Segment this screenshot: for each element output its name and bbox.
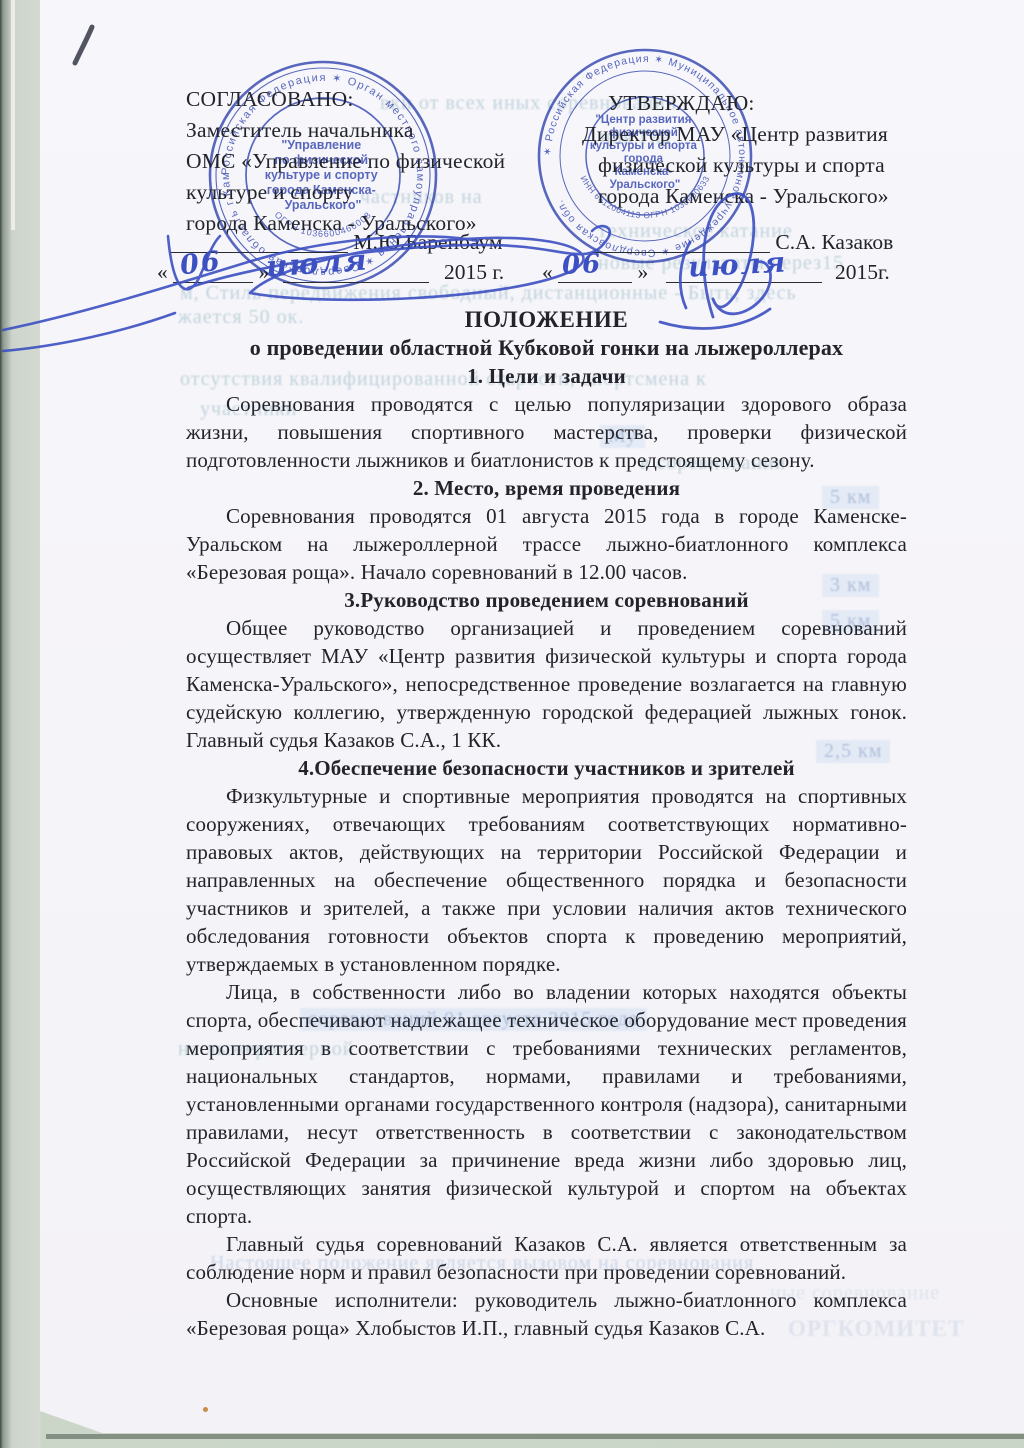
handwritten-day-left: 06 — [178, 246, 223, 282]
paragraph: Лица, в собственности либо во владении к… — [186, 978, 907, 1230]
handwritten-day-right: 06 — [561, 249, 603, 281]
section-heading-4: 4.Обеспечение безопасности участников и … — [186, 754, 907, 782]
paragraph: Основные исполнители: руководитель лыжно… — [186, 1286, 907, 1342]
section-heading-1: 1. Цели и задачи — [186, 362, 907, 390]
right-year: 2015г. — [835, 260, 890, 284]
paragraph: Общее руководство организацией и проведе… — [186, 614, 907, 754]
approval-right-line: Директор МАУ «Центр развития — [582, 119, 889, 150]
approval-left-line: культуре и спорту — [186, 177, 505, 208]
approval-right-line: города Каменска - Уральского» — [598, 181, 889, 212]
left-year: 2015 г. — [444, 260, 504, 284]
paragraph: Соревнования проводятся 01 августа 2015 … — [186, 502, 907, 586]
approval-right-title: УТВЕРЖДАЮ: — [608, 88, 889, 119]
handwritten-month-right: июля — [687, 245, 788, 283]
left-signer-name: М.Ю.Баренбаум — [353, 230, 502, 254]
approval-block-right: УТВЕРЖДАЮ: Директор МАУ «Центр развития … — [560, 88, 889, 212]
quote-open: « — [157, 260, 168, 284]
approval-left-line: Заместитель начальника — [186, 115, 505, 146]
quote-open: « — [542, 260, 553, 284]
approval-left-line: ОМС «Управление по физической — [186, 146, 505, 177]
scan-edge-shadow — [46, 1434, 1024, 1439]
paragraph: Соревнования проводятся с целью популяри… — [186, 390, 907, 474]
ink-speck — [203, 1407, 208, 1412]
right-signer-name: С.А. Казаков — [775, 230, 893, 254]
document-title: ПОЛОЖЕНИЕ — [186, 306, 907, 334]
approval-right-line: физической культуры и спорта — [598, 150, 889, 181]
section-heading-3: 3.Руководство проведением соревнований — [186, 586, 907, 614]
scanned-document-page: { "approval": { "left": { "title": "СОГЛ… — [0, 0, 1024, 1448]
underlying-page-edge — [11, 0, 15, 230]
paragraph: Физкультурные и спортивные мероприятия п… — [186, 782, 907, 978]
handwritten-month-left: июля — [265, 242, 370, 283]
approval-block-left: СОГЛАСОВАНО: Заместитель начальника ОМС … — [186, 84, 505, 239]
paragraph: Главный судья соревнований Казаков С.А. … — [186, 1230, 907, 1286]
section-heading-2: 2. Место, время проведения — [186, 474, 907, 502]
document-body: ПОЛОЖЕНИЕ о проведении областной Кубково… — [186, 306, 907, 1342]
document-subtitle: о проведении областной Кубковой гонки на… — [186, 334, 907, 362]
approval-left-title: СОГЛАСОВАНО: — [186, 84, 505, 115]
quote-close: » — [638, 260, 649, 284]
